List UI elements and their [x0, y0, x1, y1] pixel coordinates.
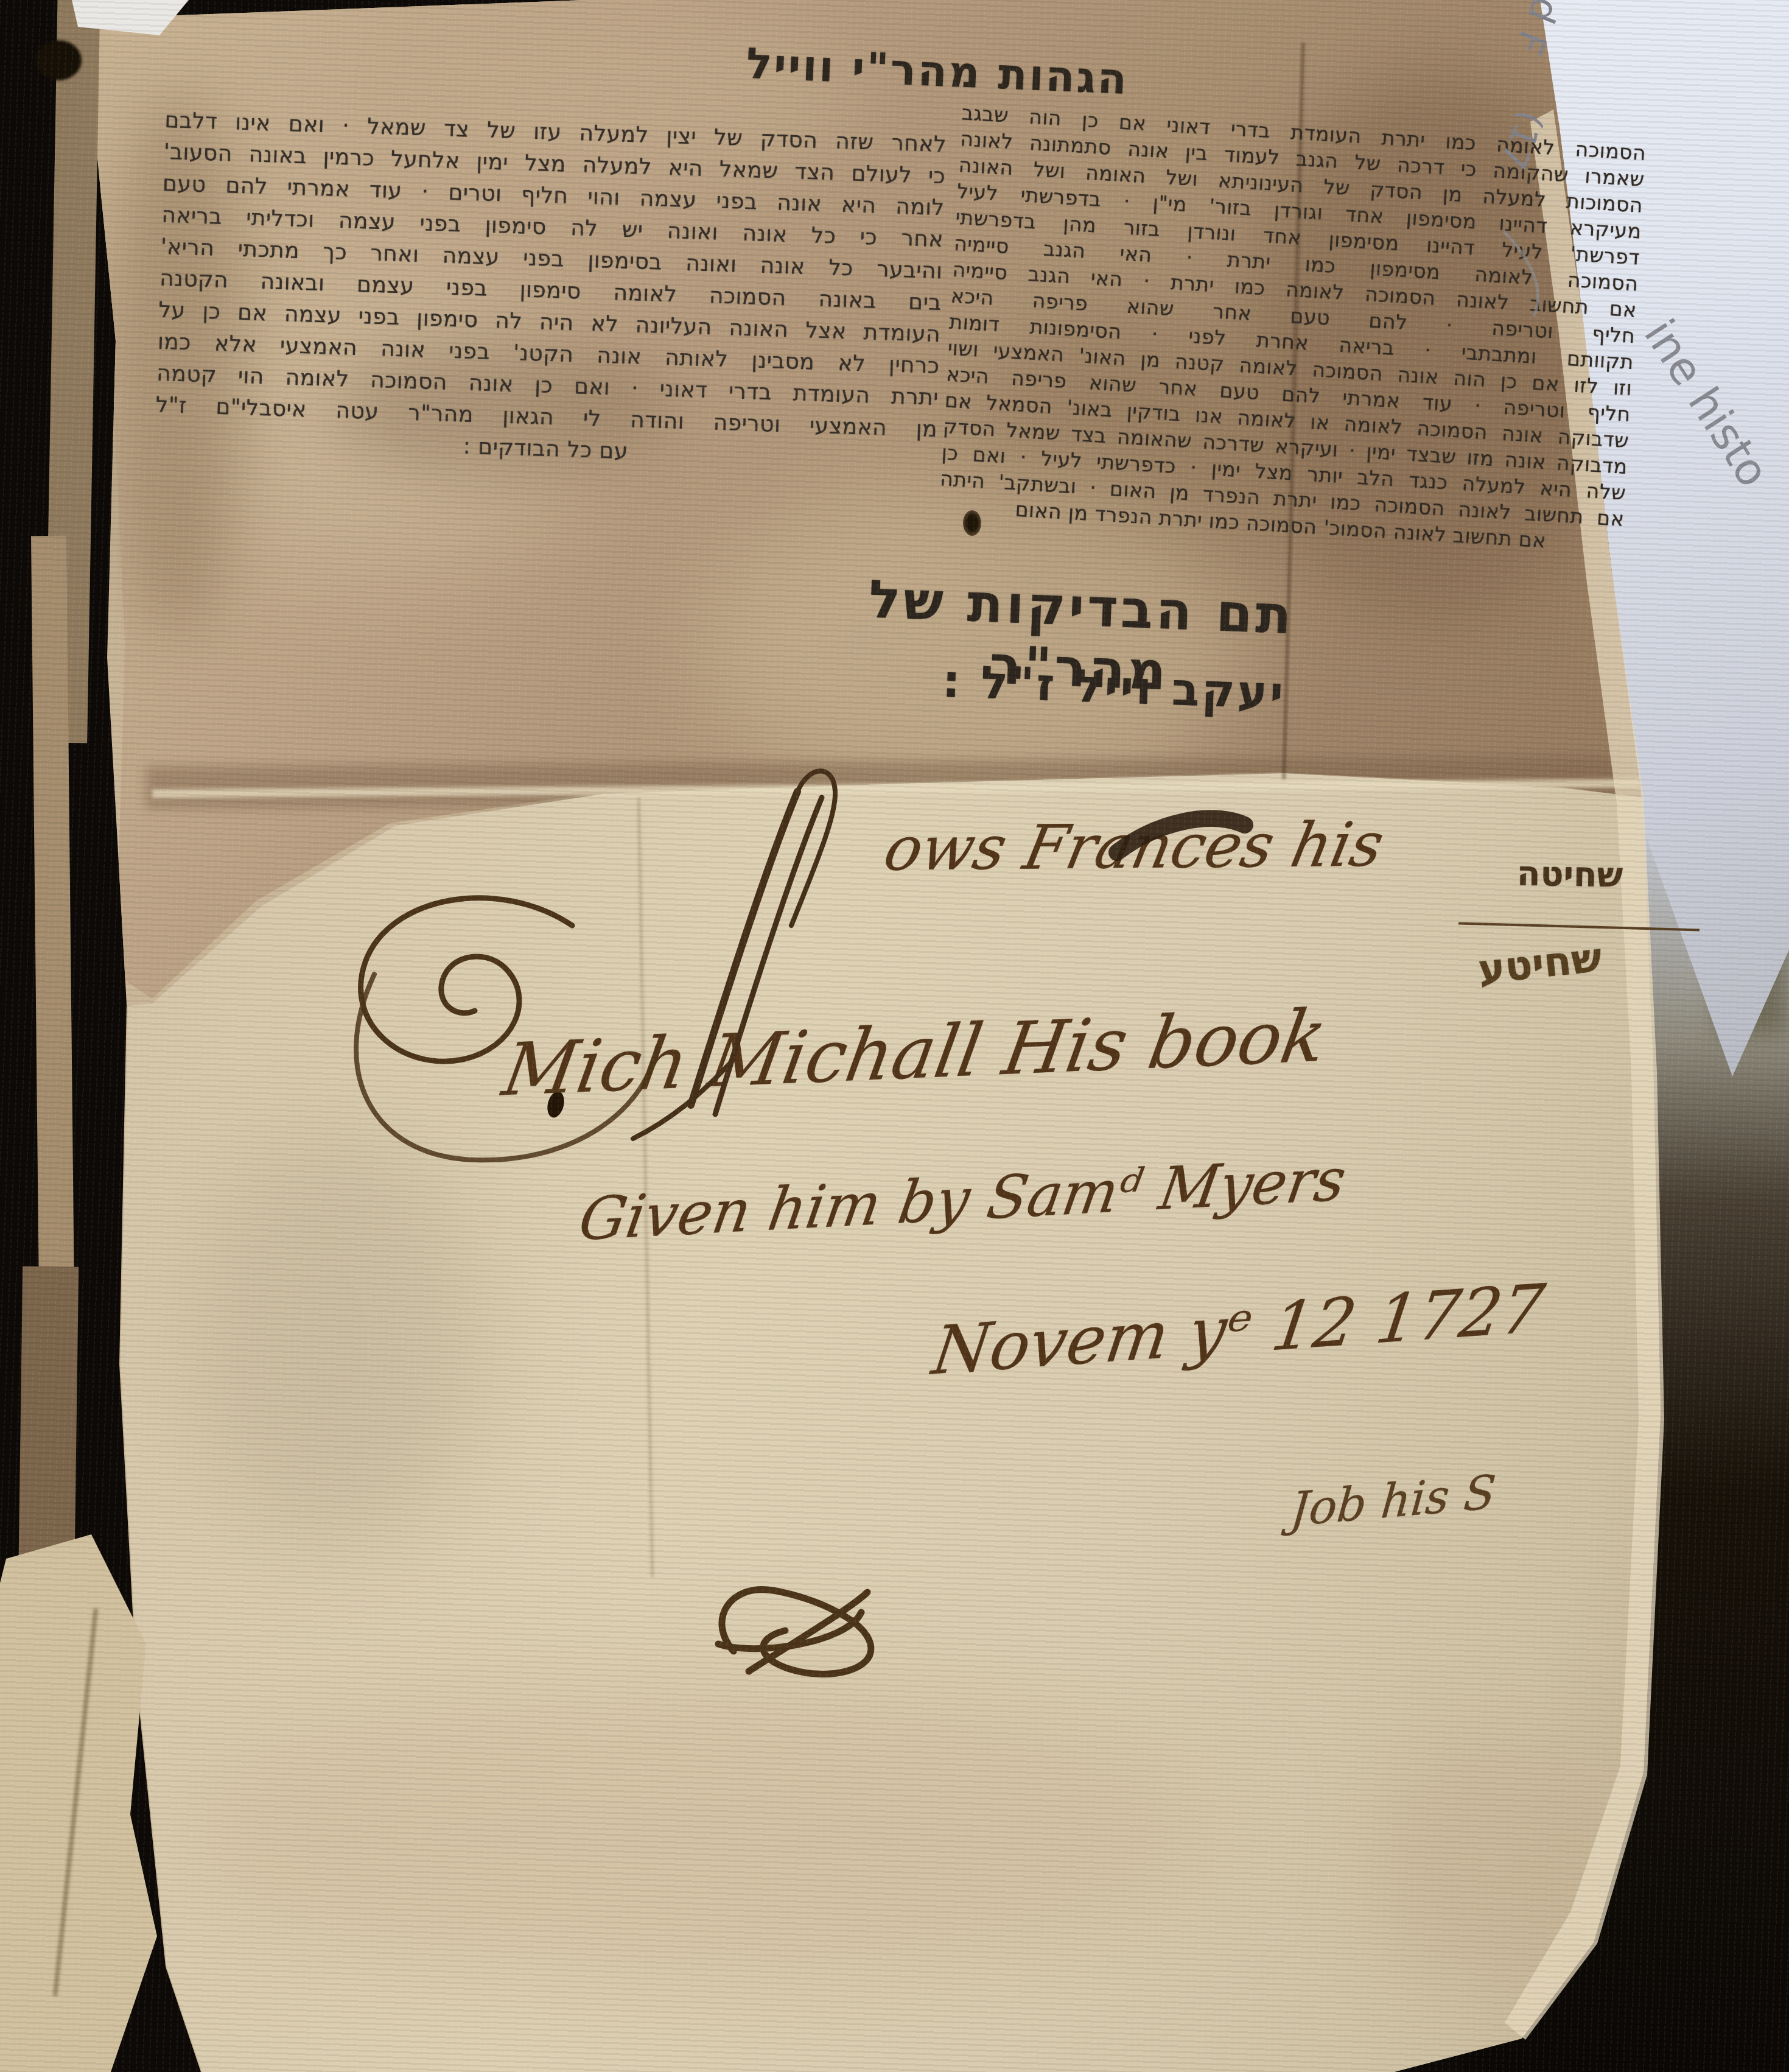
photo-of-antique-book-page: הגהות מהר"י ווייל לאחר שזה הסדק של יצין …	[0, 0, 1789, 2072]
inscription-hebrew-shechitah: שחיטה	[1516, 854, 1623, 895]
hebrew-column-right: הסמוכה לאומה כמו יתרת העומדת בדרי דאוני …	[938, 99, 1647, 558]
inscription-owner-line: ows Frances his	[878, 809, 1390, 884]
hebrew-column-left: לאחר שזה הסדק של יצין למעלה עזו של צד שמ…	[154, 105, 947, 477]
